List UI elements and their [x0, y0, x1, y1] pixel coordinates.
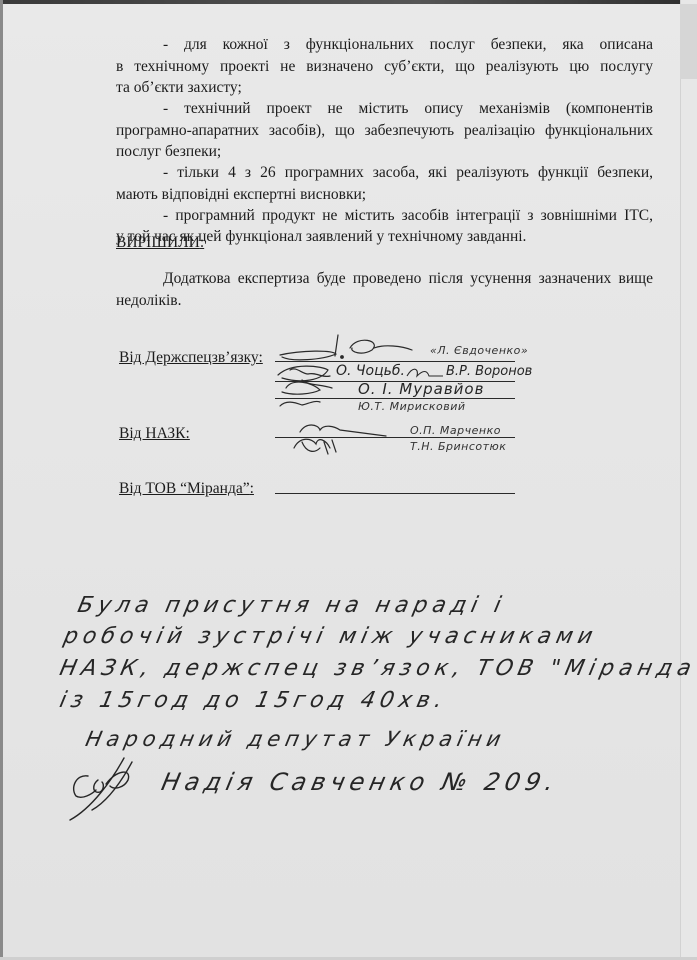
- handwritten-title-line: Народний депутат України: [83, 727, 508, 751]
- signatory-name: Ю.Т. Мирисковий: [358, 400, 466, 413]
- signature-label-colon: :: [250, 480, 254, 497]
- scanned-page: - для кожної з функціональних послуг без…: [0, 0, 697, 960]
- signature-label-derzhspetszviazok: Від Держспецзв’язку:: [119, 349, 263, 367]
- signatory-name: В.Р. Воронов: [446, 364, 532, 379]
- handwritten-note-line: із 15год до 15год 40хв.: [57, 688, 449, 713]
- signature-line-blank: [275, 493, 515, 494]
- text-line: в технічному проекті не визначено суб’єк…: [116, 56, 653, 78]
- signature-label-text: Від НАЗК: [119, 425, 186, 442]
- decision-heading-colon: :: [200, 234, 204, 251]
- text-line: послуг безпеки;: [116, 141, 653, 163]
- page-left-edge: [0, 0, 3, 960]
- signatory-name: О. І. Муравйов: [358, 380, 484, 398]
- text-line: - тільки 4 з 26 програмних засоба, які р…: [116, 162, 653, 184]
- signatory-name: Т.Н. Бринсотюк: [410, 440, 506, 453]
- text-line: недоліків.: [116, 290, 653, 312]
- signature-label-colon: :: [186, 425, 190, 442]
- decision-heading-text: ВИРІШИЛИ: [116, 234, 200, 251]
- handwritten-note-line: робочій зустрічі між учасниками: [61, 624, 599, 649]
- signatory-name: О.П. Марченко: [410, 424, 501, 437]
- page-right-edge-shadow: [680, 4, 697, 79]
- handwritten-note-line: Була присутня на нараді і: [75, 593, 508, 618]
- finding-paragraph-1: - для кожної з функціональних послуг без…: [116, 34, 653, 99]
- handwritten-signature-scribble: [290, 418, 400, 458]
- handwritten-signature-scribble: [405, 362, 445, 382]
- signature-label-text: Від ТОВ “Міранда”: [119, 480, 250, 497]
- signature-label-text: Від Держспецзв’язку: [119, 349, 258, 366]
- text-line: та об’єкти захисту;: [116, 77, 653, 99]
- handwritten-signature-name: Надія Савченко № 209.: [159, 768, 561, 796]
- signatory-name: О. Чоцьб.: [336, 363, 405, 379]
- text-line: програмно-апаратних засобів), що забезпе…: [116, 120, 653, 142]
- signature-label-nazk: Від НАЗК:: [119, 425, 190, 443]
- decision-paragraph: Додаткова експертиза буде проведено післ…: [116, 268, 653, 311]
- signatory-name: «Л. Євдоченко»: [430, 344, 528, 357]
- handwritten-signature-scribble: [62, 750, 162, 825]
- decision-heading: ВИРІШИЛИ:: [116, 234, 204, 252]
- finding-paragraph-2: - технічний проект не містить опису меха…: [116, 98, 653, 163]
- signature-label-colon: :: [258, 349, 262, 366]
- page-top-edge: [0, 0, 697, 4]
- text-line: - для кожної з функціональних послуг без…: [116, 34, 653, 56]
- page-right-edge: [680, 0, 697, 960]
- handwritten-note-line: НАЗК, держспец зв’язок, ТОВ "Міранда": [57, 656, 697, 681]
- text-line: Додаткова експертиза буде проведено післ…: [116, 268, 653, 290]
- signature-label-miranda: Від ТОВ “Міранда”:: [119, 480, 254, 498]
- text-line: - технічний проект не містить опису меха…: [116, 98, 653, 120]
- text-line: - програмний продукт не містить засобів …: [116, 205, 653, 227]
